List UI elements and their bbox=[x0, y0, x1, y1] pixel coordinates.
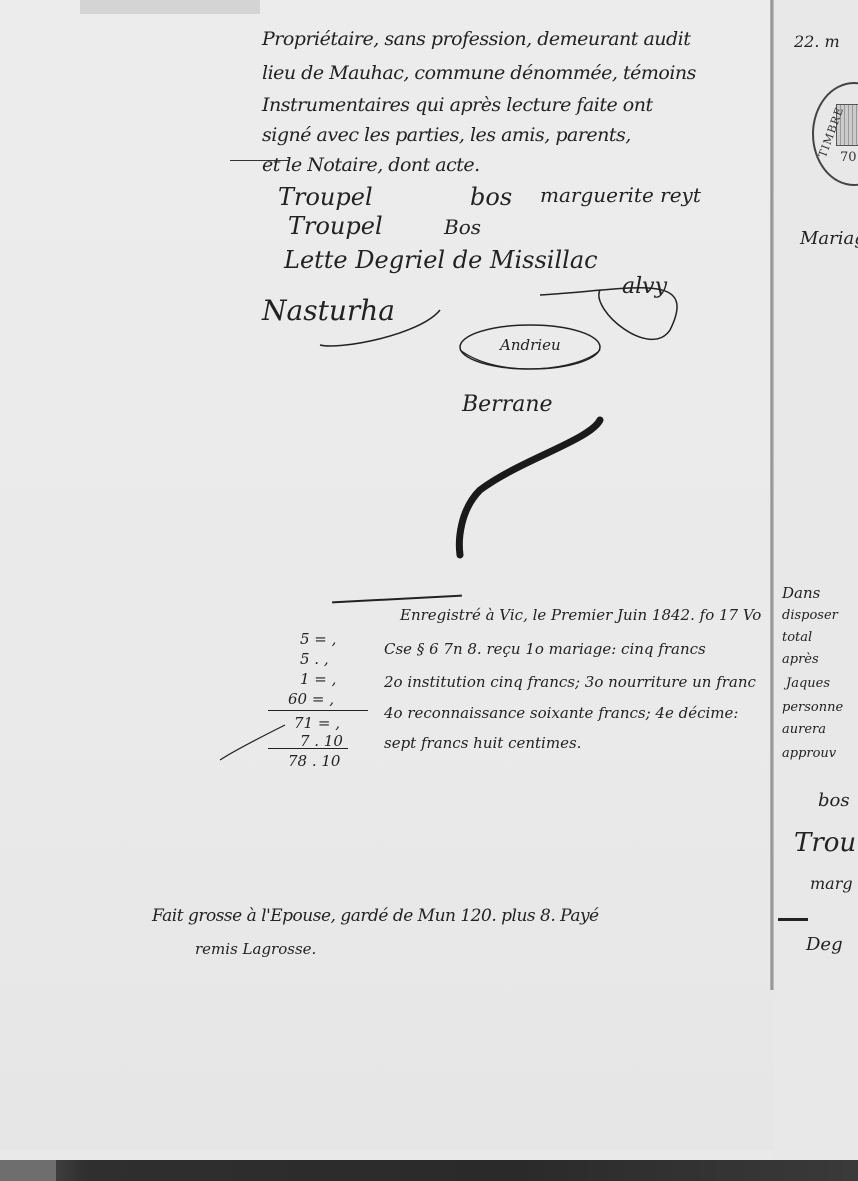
scan-shadow bbox=[80, 0, 260, 14]
scanner-edge bbox=[0, 1160, 858, 1181]
right-signature-marguerite: marg bbox=[810, 874, 853, 893]
signature-bos: bos bbox=[470, 183, 512, 211]
footer-note-1: Fait grosse à l'Epouse, gardé de Mun 120… bbox=[152, 906, 599, 926]
right-page-title: Mariag bbox=[800, 228, 858, 249]
registration-line-4: 4o reconnaissance soixante francs; 4e dé… bbox=[384, 704, 738, 722]
right-line-7: aurera bbox=[782, 722, 826, 737]
signature-flourishes bbox=[250, 250, 710, 390]
paraph-andrieu: Andrieu bbox=[500, 336, 561, 354]
signature-troupel: Troupel bbox=[278, 183, 373, 211]
stamp-value: 70 bbox=[840, 150, 857, 165]
right-line-6: personne bbox=[782, 700, 843, 715]
right-line-5: Jaques bbox=[786, 676, 830, 691]
right-signature-troupel: Trou bbox=[794, 828, 856, 858]
scanner-corner bbox=[0, 1160, 56, 1181]
tally-4: 60 = , bbox=[288, 690, 334, 708]
registration-line-2: Cse § 6 7n 8. reçu 1o mariage: cinq fran… bbox=[384, 640, 706, 658]
body-line-2: lieu de Mauhac, commune dénommée, témoin… bbox=[262, 62, 696, 84]
tally-5: 71 = , bbox=[294, 714, 340, 732]
right-signature-bos: bos bbox=[818, 790, 850, 811]
body-line-3: Instrumentaires qui après lecture faite … bbox=[262, 94, 653, 116]
tally-flourish bbox=[215, 720, 295, 770]
right-page-header: 22. m bbox=[794, 32, 840, 51]
document-page-left: Propriétaire, sans profession, demeurant… bbox=[0, 0, 774, 1150]
registration-line-3: 2o institution cinq francs; 3o nourritur… bbox=[384, 673, 756, 691]
tally-7: 78 . 10 bbox=[288, 752, 340, 770]
footer-note-2: remis Lagrosse. bbox=[195, 940, 316, 958]
body-line-5: et le Notaire, dont acte. bbox=[262, 154, 480, 176]
tally-3: 1 = , bbox=[300, 670, 336, 688]
right-line-2: disposer bbox=[782, 608, 838, 623]
signature-troupel-2: Troupel bbox=[288, 212, 383, 240]
separator-line bbox=[332, 595, 462, 604]
right-line-3: total bbox=[782, 630, 812, 645]
tally-rule-1 bbox=[268, 710, 368, 711]
tally-1: 5 = , bbox=[300, 630, 336, 648]
right-stroke bbox=[778, 918, 808, 921]
signature-bos-2: Bos bbox=[444, 215, 481, 239]
body-line-4: signé avec les parties, les amis, parent… bbox=[262, 124, 631, 146]
margin-line bbox=[230, 160, 290, 161]
body-line-1: Propriétaire, sans profession, demeurant… bbox=[262, 28, 690, 50]
signature-marguerite-reyt: marguerite reyt bbox=[540, 183, 701, 207]
right-signature-degriel: Deg bbox=[806, 934, 843, 955]
right-line-4: après bbox=[782, 652, 819, 667]
tally-2: 5 . , bbox=[300, 650, 329, 668]
right-line-1: Dans bbox=[782, 584, 820, 602]
registration-line-5: sept francs huit centimes. bbox=[384, 734, 581, 752]
right-line-8: approuv bbox=[782, 746, 836, 761]
notary-flourish bbox=[440, 400, 620, 570]
registration-line-1: Enregistré à Vic, le Premier Juin 1842. … bbox=[400, 606, 761, 624]
